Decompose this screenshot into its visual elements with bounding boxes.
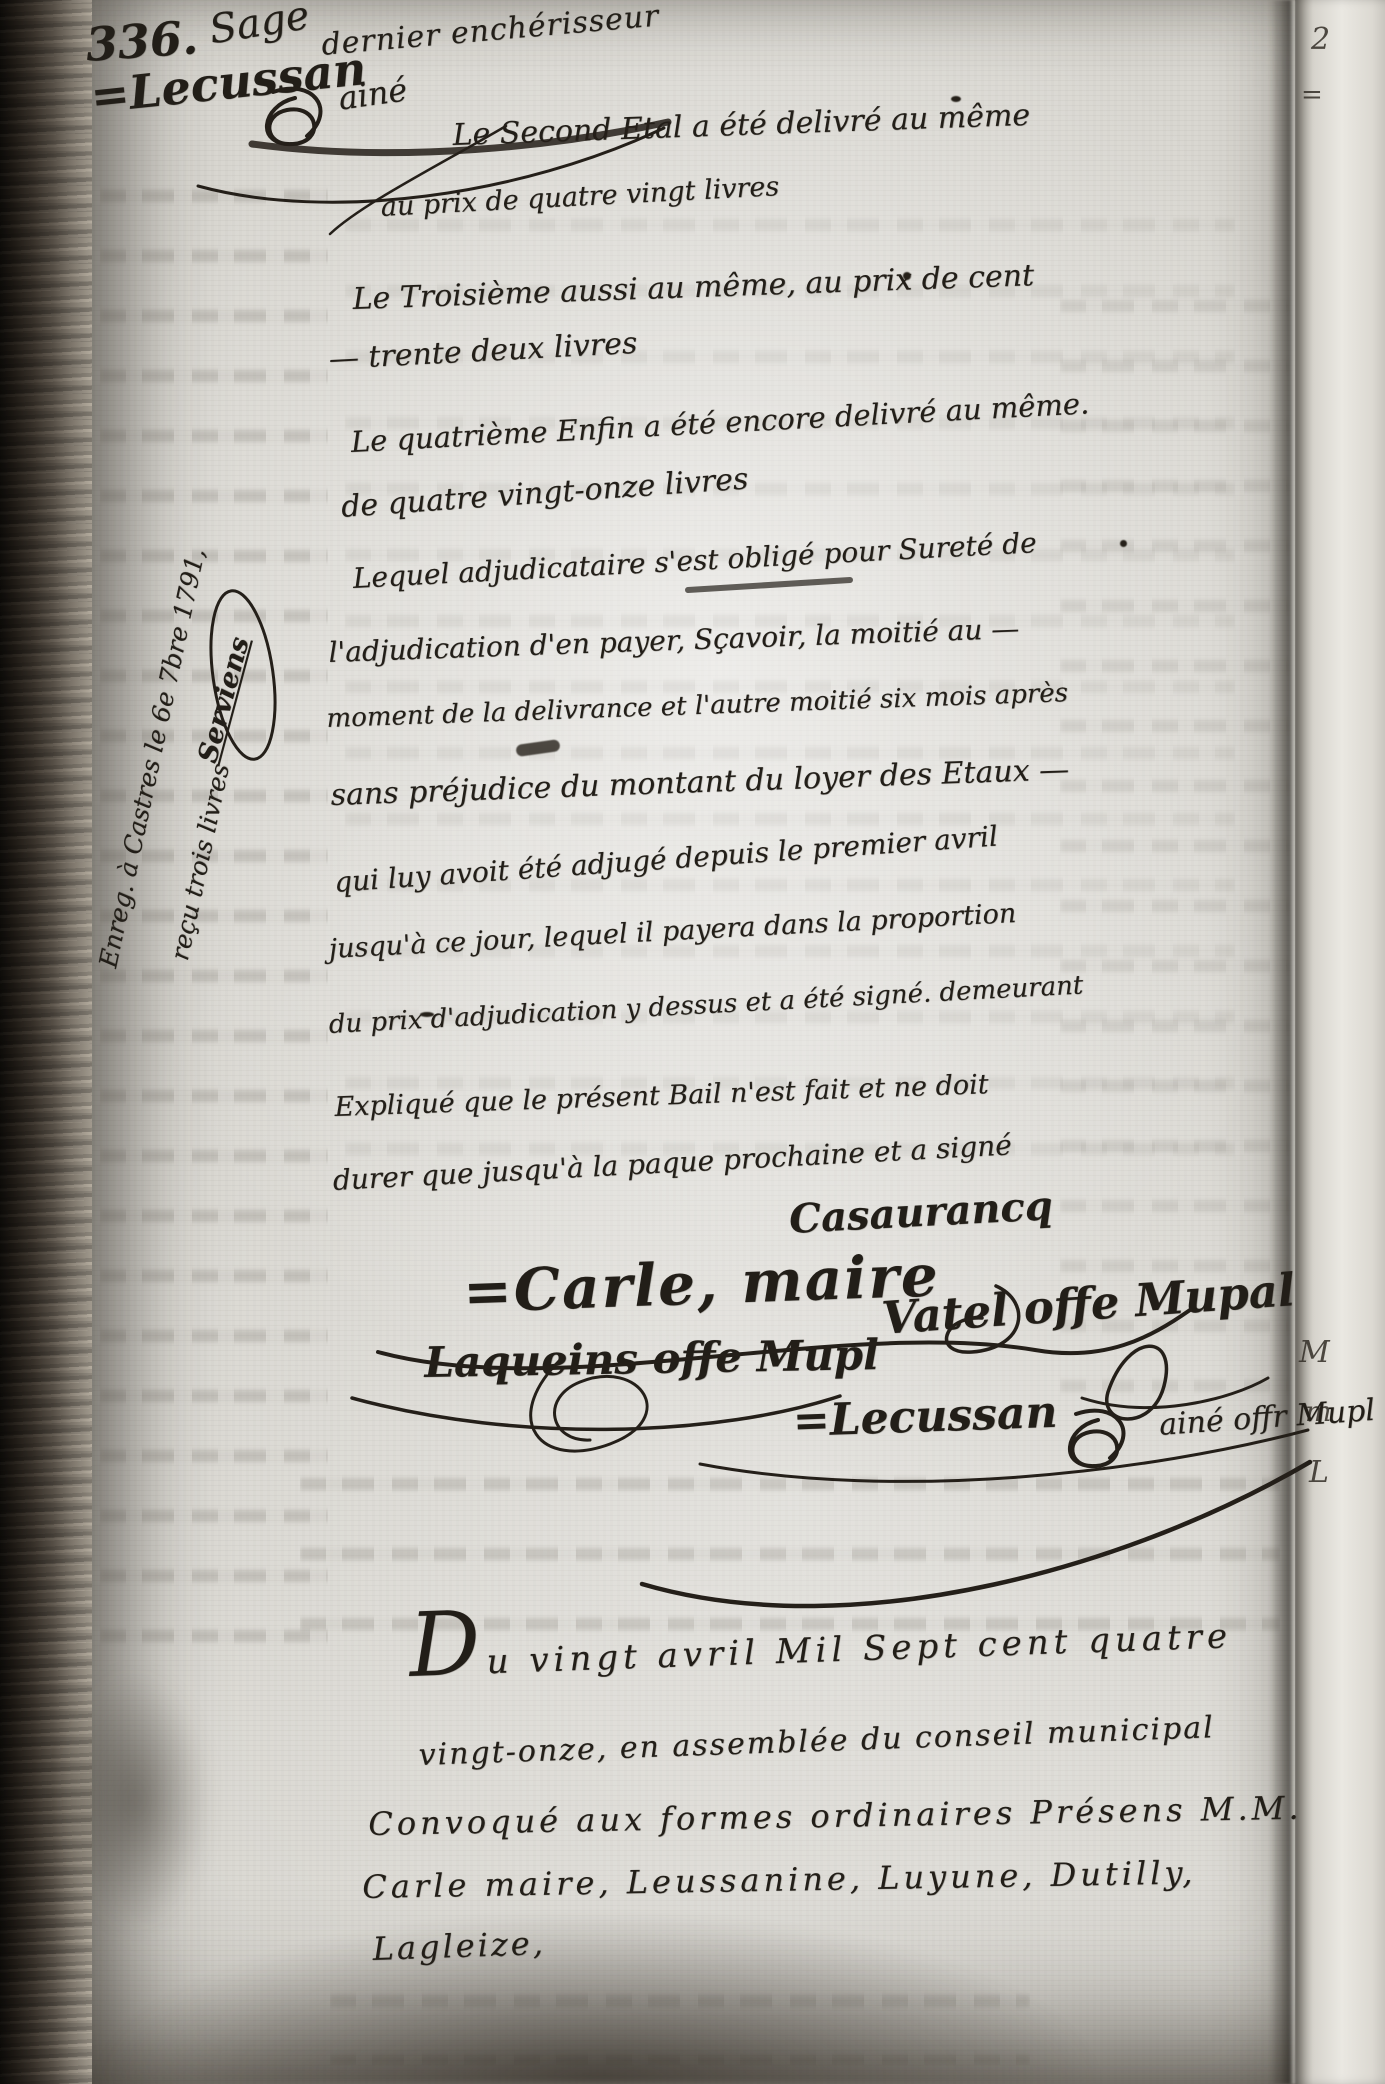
signature-lecussan-bottom: =Lecussan [792,1387,1058,1447]
bleedthrough-ghost-right-column [1060,260,1290,1410]
edge-fragment: M [1299,1335,1330,1370]
book-binding [0,0,92,2084]
closing-line-5: Lagleize, [372,1924,546,1968]
scanned-manuscript-page: 336. Sage dernier enchérisseur =Lecussan… [0,0,1385,2084]
edge-fragment: 2 [1311,22,1330,57]
facing-page-edge: 2 = M m L [1295,0,1385,2084]
ink-blot [420,1012,434,1017]
ink-blot [1120,540,1127,547]
signature-laqueins: Laqueins offe Mupl [424,1330,879,1387]
ink-blot [951,96,961,102]
bleedthrough-ghost-bottom [330,1955,1030,2065]
edge-fragment: L [1309,1455,1329,1490]
ink-blot [903,272,911,280]
edge-fragment: = [1301,80,1323,110]
